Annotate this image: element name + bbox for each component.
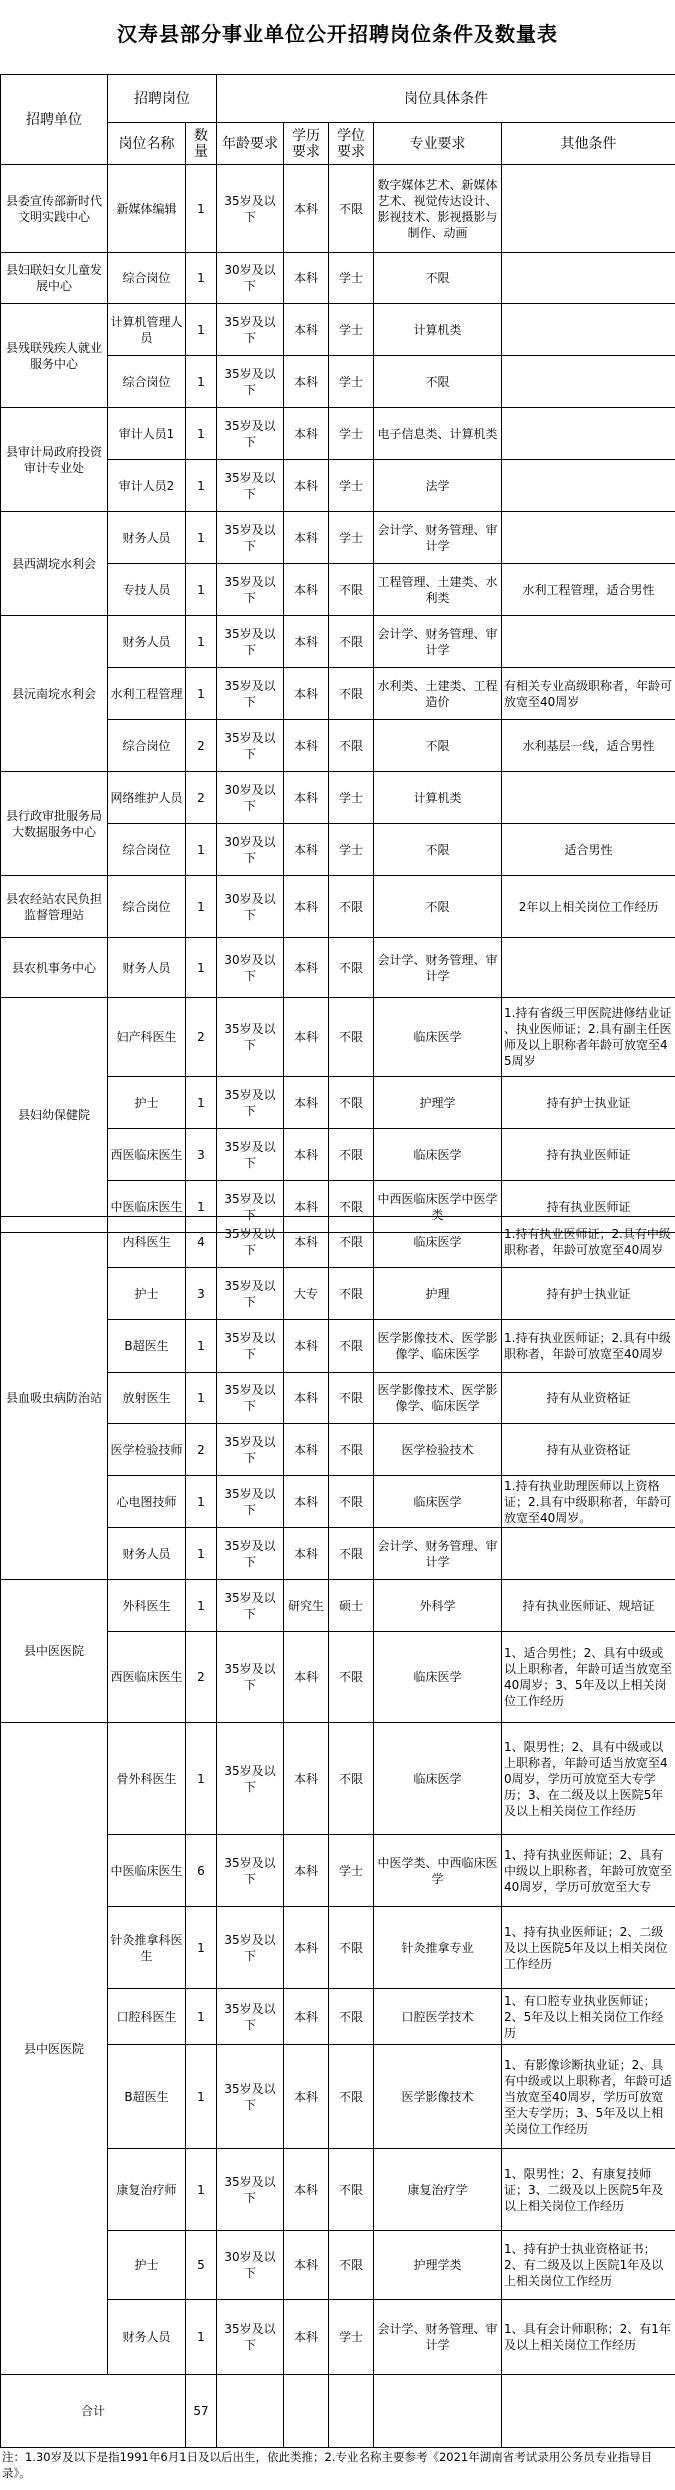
- age-cell: 35岁及以下: [217, 720, 284, 772]
- degree-cell: 不限: [329, 1129, 374, 1181]
- post-name-cell: 水利工程管理: [108, 668, 186, 720]
- empty-cell: [217, 2375, 284, 2448]
- major-cell: 临床医学: [374, 1129, 502, 1181]
- education-cell: 研究生: [284, 1580, 329, 1632]
- other-conditions-cell: 1、有影像诊断执业证；2、具有中级或以上职称者，年龄可适当放宽至40周岁，学历可…: [502, 2045, 675, 2149]
- degree-cell: 不限: [329, 1723, 374, 1835]
- education-cell: 本科: [284, 668, 329, 720]
- age-cell: 35岁及以下: [217, 460, 284, 512]
- other-conditions-cell: [502, 304, 675, 356]
- degree-cell: 不限: [329, 165, 374, 253]
- degree-cell: 不限: [329, 1989, 374, 2045]
- post-name-cell: 综合岗位: [108, 824, 186, 876]
- post-name-cell: 西医临床医生: [108, 1632, 186, 1723]
- education-cell: 本科: [284, 1077, 329, 1129]
- other-conditions-cell: [502, 460, 675, 512]
- total-row: 合计57: [1, 2375, 675, 2448]
- unit-name-cell: 县西湖垸水利会: [1, 512, 108, 616]
- age-cell: 35岁及以下: [217, 356, 284, 408]
- count-cell: 1: [186, 408, 217, 460]
- header-unit: 招聘单位: [1, 75, 108, 165]
- education-cell: 本科: [284, 1476, 329, 1528]
- age-cell: 35岁及以下: [217, 1835, 284, 1907]
- empty-cell: [502, 2375, 675, 2448]
- other-conditions-cell: [502, 938, 675, 998]
- degree-cell: 不限: [329, 1424, 374, 1476]
- degree-cell: 学士: [329, 512, 374, 564]
- post-name-cell: B超医生: [108, 2045, 186, 2149]
- education-cell: 本科: [284, 1217, 329, 1268]
- other-conditions-cell: [502, 165, 675, 253]
- major-cell: 康复治疗学: [374, 2149, 502, 2231]
- header-major: 专业要求: [374, 123, 502, 165]
- other-conditions-cell: [502, 408, 675, 460]
- header-other: 其他条件: [502, 123, 675, 165]
- education-cell: 大专: [284, 1268, 329, 1320]
- education-cell: 本科: [284, 1373, 329, 1424]
- post-name-cell: 财务人员: [108, 616, 186, 668]
- age-cell: 35岁及以下: [217, 1320, 284, 1373]
- major-cell: 不限: [374, 876, 502, 938]
- header-degree: 学位要求: [329, 123, 374, 165]
- count-cell: 1: [186, 1320, 217, 1373]
- post-name-cell: 综合岗位: [108, 356, 186, 408]
- post-name-cell: 针灸推拿科医生: [108, 1907, 186, 1989]
- degree-cell: 学士: [329, 356, 374, 408]
- degree-cell: 学士: [329, 460, 374, 512]
- age-cell: 35岁及以下: [217, 564, 284, 616]
- age-cell: 35岁及以下: [217, 1373, 284, 1424]
- education-cell: 本科: [284, 564, 329, 616]
- other-conditions-cell: 1、具有会计师职称；2、有1年及以上相关岗位工作经历: [502, 2300, 675, 2375]
- count-cell: 2: [186, 1632, 217, 1723]
- education-cell: 本科: [284, 2045, 329, 2149]
- major-cell: 外科学: [374, 1580, 502, 1632]
- empty-cell: [284, 2375, 329, 2448]
- major-cell: 会计学、财务管理、审计学: [374, 1528, 502, 1580]
- age-cell: 35岁及以下: [217, 668, 284, 720]
- degree-cell: 学士: [329, 2300, 374, 2375]
- degree-cell: 不限: [329, 564, 374, 616]
- education-cell: 本科: [284, 1424, 329, 1476]
- header-count: 数量: [186, 123, 217, 165]
- major-cell: 护理学: [374, 1077, 502, 1129]
- count-cell: 1: [186, 460, 217, 512]
- major-cell: 医学影像技术、医学影像学、临床医学: [374, 1373, 502, 1424]
- count-cell: 1: [186, 304, 217, 356]
- other-conditions-cell: [502, 616, 675, 668]
- age-cell: 35岁及以下: [217, 304, 284, 356]
- unit-name-cell: 县妇联妇女儿童发展中心: [1, 253, 108, 304]
- degree-cell: 学士: [329, 408, 374, 460]
- education-cell: 本科: [284, 824, 329, 876]
- education-cell: 本科: [284, 253, 329, 304]
- major-cell: 不限: [374, 356, 502, 408]
- age-cell: 35岁及以下: [217, 2149, 284, 2231]
- other-conditions-cell: 持有从业资格证: [502, 1373, 675, 1424]
- post-name-cell: 骨外科医生: [108, 1723, 186, 1835]
- post-name-cell: 心电图技师: [108, 1476, 186, 1528]
- other-conditions-cell: 水利基层一线，适合男性: [502, 720, 675, 772]
- major-cell: 针灸推拿专业: [374, 1907, 502, 1989]
- major-cell: 医学检验技术: [374, 1424, 502, 1476]
- education-cell: 本科: [284, 1989, 329, 2045]
- other-conditions-cell: 1.持有省级三甲医院进修结业证 、执业医师证；2.具有副主任医师及以上职称者年龄…: [502, 998, 675, 1077]
- post-name-cell: 中医临床医生: [108, 1835, 186, 1907]
- education-cell: 本科: [284, 304, 329, 356]
- age-cell: 35岁及以下: [217, 998, 284, 1077]
- degree-cell: 不限: [329, 720, 374, 772]
- other-conditions-cell: 1、适合男性；2、具有中级或以上职称者，年龄可适当放宽至40周岁；3、5年及以上…: [502, 1632, 675, 1723]
- count-cell: 1: [186, 1373, 217, 1424]
- post-name-cell: 财务人员: [108, 1528, 186, 1580]
- table-row: 县残联残疾人就业服务中心计算机管理人员135岁及以下本科学士计算机类: [1, 304, 675, 356]
- header-post-name: 岗位名称: [108, 123, 186, 165]
- other-conditions-cell: [502, 356, 675, 408]
- count-cell: 4: [186, 1217, 217, 1268]
- count-cell: 3: [186, 1268, 217, 1320]
- major-cell: 不限: [374, 253, 502, 304]
- unit-name-cell: 县残联残疾人就业服务中心: [1, 304, 108, 408]
- education-cell: 本科: [284, 720, 329, 772]
- count-cell: 1: [186, 2149, 217, 2231]
- age-cell: 30岁及以下: [217, 2231, 284, 2300]
- other-conditions-cell: 适合男性: [502, 824, 675, 876]
- count-cell: 3: [186, 1129, 217, 1181]
- header-education: 学历要求: [284, 123, 329, 165]
- degree-cell: 学士: [329, 253, 374, 304]
- age-cell: 30岁及以下: [217, 253, 284, 304]
- count-cell: 6: [186, 1835, 217, 1907]
- age-cell: 35岁及以下: [217, 616, 284, 668]
- table-row: 县血吸虫病防治站内科医生435岁及以下本科不限临床医学1.持有执业医师证；2.具…: [1, 1217, 675, 1268]
- education-cell: 本科: [284, 938, 329, 998]
- age-cell: 35岁及以下: [217, 1217, 284, 1268]
- education-cell: 本科: [284, 512, 329, 564]
- recruitment-table-part1: 招聘单位 招聘岗位 岗位具体条件 岗位名称 数量 年龄要求 学历要求 学位要求 …: [0, 74, 675, 1233]
- major-cell: 工程管理、土建类、水利类: [374, 564, 502, 616]
- education-cell: 本科: [284, 1528, 329, 1580]
- other-conditions-cell: 1、持有护士执业资格证书；2、有二级及以上医院1年及以上相关岗位工作经历: [502, 2231, 675, 2300]
- major-cell: 中医学类、中西临床医学: [374, 1835, 502, 1907]
- count-cell: 1: [186, 1476, 217, 1528]
- table-row: 县西湖垸水利会财务人员135岁及以下本科学士会计学、财务管理、审计学: [1, 512, 675, 564]
- age-cell: 35岁及以下: [217, 2045, 284, 2149]
- unit-name-cell: 县血吸虫病防治站: [1, 1217, 108, 1580]
- count-cell: 1: [186, 165, 217, 253]
- other-conditions-cell: [502, 253, 675, 304]
- count-cell: 1: [186, 876, 217, 938]
- post-name-cell: 外科医生: [108, 1580, 186, 1632]
- count-cell: 5: [186, 2231, 217, 2300]
- header-conditions-group: 岗位具体条件: [217, 75, 675, 123]
- table-row: 县妇联妇女儿童发展中心综合岗位130岁及以下本科学士不限: [1, 253, 675, 304]
- post-name-cell: 新媒体编辑: [108, 165, 186, 253]
- post-name-cell: 网络维护人员: [108, 772, 186, 824]
- count-cell: 1: [186, 1077, 217, 1129]
- major-cell: 护理: [374, 1268, 502, 1320]
- other-conditions-cell: [502, 1528, 675, 1580]
- post-name-cell: B超医生: [108, 1320, 186, 1373]
- table-row: 县行政审批服务局大数据服务中心网络维护人员230岁及以下本科学士计算机类: [1, 772, 675, 824]
- age-cell: 35岁及以下: [217, 1424, 284, 1476]
- post-name-cell: 医学检验技师: [108, 1424, 186, 1476]
- education-cell: 本科: [284, 1907, 329, 1989]
- other-conditions-cell: 持有执业医师证、规培证: [502, 1580, 675, 1632]
- count-cell: 2: [186, 772, 217, 824]
- count-cell: 1: [186, 1528, 217, 1580]
- other-conditions-cell: 1、持有执业医师证；2、具有中级以上职称者，年龄可放宽至40周岁，学历可放宽至大…: [502, 1835, 675, 1907]
- total-label: 合计: [1, 2375, 186, 2448]
- count-cell: 1: [186, 564, 217, 616]
- age-cell: 35岁及以下: [217, 1632, 284, 1723]
- unit-name-cell: 县行政审批服务局大数据服务中心: [1, 772, 108, 876]
- education-cell: 本科: [284, 772, 329, 824]
- major-cell: 法学: [374, 460, 502, 512]
- education-cell: 本科: [284, 876, 329, 938]
- other-conditions-cell: 持有护士执业证: [502, 1268, 675, 1320]
- major-cell: 医学影像技术、医学影像学、临床医学: [374, 1320, 502, 1373]
- education-cell: 本科: [284, 2149, 329, 2231]
- count-cell: 2: [186, 998, 217, 1077]
- other-conditions-cell: 有相关专业高级职称者，年龄可放宽至40周岁: [502, 668, 675, 720]
- post-name-cell: 综合岗位: [108, 720, 186, 772]
- degree-cell: 学士: [329, 824, 374, 876]
- post-name-cell: 内科医生: [108, 1217, 186, 1268]
- count-cell: 1: [186, 668, 217, 720]
- degree-cell: 不限: [329, 876, 374, 938]
- major-cell: 数字媒体艺术、新媒体艺术、视觉传达设计、影视技术、影视摄影与制作、动画: [374, 165, 502, 253]
- count-cell: 1: [186, 1580, 217, 1632]
- education-cell: 本科: [284, 998, 329, 1077]
- major-cell: 护理学类: [374, 2231, 502, 2300]
- count-cell: 1: [186, 938, 217, 998]
- post-name-cell: 放射医生: [108, 1373, 186, 1424]
- education-cell: 本科: [284, 1835, 329, 1907]
- degree-cell: 不限: [329, 1373, 374, 1424]
- header-age: 年龄要求: [217, 123, 284, 165]
- post-name-cell: 护士: [108, 2231, 186, 2300]
- count-cell: 2: [186, 720, 217, 772]
- other-conditions-cell: 1、限男性；2、具有中级或以上职称者，年龄可适当放宽至40周岁，学历可放宽至大专…: [502, 1723, 675, 1835]
- post-name-cell: 康复治疗师: [108, 2149, 186, 2231]
- recruitment-table-part2: 县血吸虫病防治站内科医生435岁及以下本科不限临床医学1.持有执业医师证；2.具…: [0, 1216, 675, 2448]
- major-cell: 会计学、财务管理、审计学: [374, 2300, 502, 2375]
- footnote: 注：1.30岁及以下是指1991年6月1日及以后出生，依此类推；2.专业名称主要…: [2, 2449, 672, 2481]
- page-title: 汉寿县部分事业单位公开招聘岗位条件及数量表: [0, 18, 675, 47]
- major-cell: 临床医学: [374, 1632, 502, 1723]
- unit-name-cell: 县审计局政府投资审计专业处: [1, 408, 108, 512]
- degree-cell: 不限: [329, 2045, 374, 2149]
- other-conditions-cell: 1.持有执业医师证；2.具有中级职称者，年龄可放宽至40周岁: [502, 1217, 675, 1268]
- other-conditions-cell: 1.持有执业助理医师以上资格证；2.具有中级职称者，年龄可放宽至40周岁。: [502, 1476, 675, 1528]
- degree-cell: 不限: [329, 1268, 374, 1320]
- degree-cell: 不限: [329, 2231, 374, 2300]
- post-name-cell: 口腔科医生: [108, 1989, 186, 2045]
- other-conditions-cell: [502, 772, 675, 824]
- post-name-cell: 护士: [108, 1268, 186, 1320]
- other-conditions-cell: 水利工程管理，适合男性: [502, 564, 675, 616]
- major-cell: 医学影像技术: [374, 2045, 502, 2149]
- age-cell: 30岁及以下: [217, 824, 284, 876]
- degree-cell: 不限: [329, 668, 374, 720]
- table-row: 县沅南垸水利会财务人员135岁及以下本科不限会计学、财务管理、审计学: [1, 616, 675, 668]
- degree-cell: 不限: [329, 1320, 374, 1373]
- age-cell: 35岁及以下: [217, 165, 284, 253]
- degree-cell: 不限: [329, 1907, 374, 1989]
- other-conditions-cell: 1、有口腔专业执业医师证；2、5年及以上相关岗位工作经历: [502, 1989, 675, 2045]
- degree-cell: 不限: [329, 998, 374, 1077]
- degree-cell: 不限: [329, 1476, 374, 1528]
- degree-cell: 不限: [329, 1217, 374, 1268]
- age-cell: 30岁及以下: [217, 772, 284, 824]
- major-cell: 会计学、财务管理、审计学: [374, 512, 502, 564]
- age-cell: 30岁及以下: [217, 938, 284, 998]
- degree-cell: 学士: [329, 772, 374, 824]
- major-cell: 不限: [374, 720, 502, 772]
- unit-name-cell: 县沅南垸水利会: [1, 616, 108, 772]
- post-name-cell: 财务人员: [108, 938, 186, 998]
- table-row: 县农经站农民负担监督管理站综合岗位130岁及以下本科不限不限2年以上相关岗位工作…: [1, 876, 675, 938]
- other-conditions-cell: 持有执业医师证: [502, 1129, 675, 1181]
- education-cell: 本科: [284, 1632, 329, 1723]
- other-conditions-cell: 1、持有执业医师证；2、二级及以上医院5年及以上相关岗位工作经历: [502, 1907, 675, 1989]
- table-row: 县中医医院骨外科医生135岁及以下本科不限临床医学1、限男性；2、具有中级或以上…: [1, 1723, 675, 1835]
- other-conditions-cell: 1、限男性；2、有康复技师证；3、二级及以上医院5年及以上相关岗位工作经历: [502, 2149, 675, 2231]
- degree-cell: 不限: [329, 938, 374, 998]
- major-cell: 会计学、财务管理、审计学: [374, 938, 502, 998]
- unit-name-cell: 县农经站农民负担监督管理站: [1, 876, 108, 938]
- major-cell: 临床医学: [374, 1723, 502, 1835]
- count-cell: 1: [186, 824, 217, 876]
- degree-cell: 不限: [329, 616, 374, 668]
- total-count: 57: [186, 2375, 217, 2448]
- empty-cell: [374, 2375, 502, 2448]
- education-cell: 本科: [284, 356, 329, 408]
- unit-name-cell: 县农机事务中心: [1, 938, 108, 998]
- count-cell: 1: [186, 2300, 217, 2375]
- education-cell: 本科: [284, 408, 329, 460]
- major-cell: 口腔医学技术: [374, 1989, 502, 2045]
- age-cell: 35岁及以下: [217, 1476, 284, 1528]
- post-name-cell: 护士: [108, 1077, 186, 1129]
- header-post-group: 招聘岗位: [108, 75, 217, 123]
- post-name-cell: 综合岗位: [108, 253, 186, 304]
- degree-cell: 不限: [329, 1077, 374, 1129]
- age-cell: 35岁及以下: [217, 1077, 284, 1129]
- other-conditions-cell: 1.持有执业医师证；2.具有中级职称者，年龄可放宽至40周岁: [502, 1320, 675, 1373]
- unit-name-cell: 县中医医院: [1, 1580, 108, 1723]
- unit-name-cell: 县妇幼保健院: [1, 998, 108, 1233]
- degree-cell: 学士: [329, 304, 374, 356]
- education-cell: 本科: [284, 2300, 329, 2375]
- age-cell: 35岁及以下: [217, 408, 284, 460]
- count-cell: 1: [186, 253, 217, 304]
- age-cell: 35岁及以下: [217, 1907, 284, 1989]
- other-conditions-cell: 持有从业资格证: [502, 1424, 675, 1476]
- count-cell: 1: [186, 2045, 217, 2149]
- major-cell: 临床医学: [374, 1217, 502, 1268]
- major-cell: 临床医学: [374, 1476, 502, 1528]
- education-cell: 本科: [284, 1320, 329, 1373]
- major-cell: 计算机类: [374, 772, 502, 824]
- degree-cell: 硕士: [329, 1580, 374, 1632]
- unit-name-cell: 县委宣传部新时代文明实践中心: [1, 165, 108, 253]
- post-name-cell: 综合岗位: [108, 876, 186, 938]
- education-cell: 本科: [284, 460, 329, 512]
- table-row: 县委宣传部新时代文明实践中心新媒体编辑135岁及以下本科不限数字媒体艺术、新媒体…: [1, 165, 675, 253]
- age-cell: 35岁及以下: [217, 1723, 284, 1835]
- degree-cell: 学士: [329, 1835, 374, 1907]
- other-conditions-cell: 持有护士执业证: [502, 1077, 675, 1129]
- age-cell: 30岁及以下: [217, 876, 284, 938]
- unit-name-cell: 县中医医院: [1, 1723, 108, 2375]
- other-conditions-cell: [502, 512, 675, 564]
- degree-cell: 不限: [329, 1632, 374, 1723]
- age-cell: 35岁及以下: [217, 1989, 284, 2045]
- post-name-cell: 专技人员: [108, 564, 186, 616]
- post-name-cell: 审计人员1: [108, 408, 186, 460]
- major-cell: 水利类、土建类、工程造价: [374, 668, 502, 720]
- post-name-cell: 妇产科医生: [108, 998, 186, 1077]
- count-cell: 1: [186, 1907, 217, 1989]
- post-name-cell: 西医临床医生: [108, 1129, 186, 1181]
- age-cell: 35岁及以下: [217, 2300, 284, 2375]
- degree-cell: 不限: [329, 1528, 374, 1580]
- count-cell: 1: [186, 356, 217, 408]
- post-name-cell: 审计人员2: [108, 460, 186, 512]
- major-cell: 会计学、财务管理、审计学: [374, 616, 502, 668]
- education-cell: 本科: [284, 165, 329, 253]
- education-cell: 本科: [284, 1723, 329, 1835]
- age-cell: 35岁及以下: [217, 512, 284, 564]
- major-cell: 电子信息类、计算机类: [374, 408, 502, 460]
- count-cell: 1: [186, 616, 217, 668]
- count-cell: 1: [186, 1989, 217, 2045]
- table-row: 县农机事务中心财务人员130岁及以下本科不限会计学、财务管理、审计学: [1, 938, 675, 998]
- major-cell: 不限: [374, 824, 502, 876]
- count-cell: 1: [186, 512, 217, 564]
- major-cell: 计算机类: [374, 304, 502, 356]
- post-name-cell: 计算机管理人员: [108, 304, 186, 356]
- post-name-cell: 财务人员: [108, 2300, 186, 2375]
- major-cell: 临床医学: [374, 998, 502, 1077]
- education-cell: 本科: [284, 616, 329, 668]
- other-conditions-cell: 2年以上相关岗位工作经历: [502, 876, 675, 938]
- age-cell: 35岁及以下: [217, 1129, 284, 1181]
- age-cell: 35岁及以下: [217, 1528, 284, 1580]
- age-cell: 35岁及以下: [217, 1580, 284, 1632]
- count-cell: 1: [186, 1723, 217, 1835]
- empty-cell: [329, 2375, 374, 2448]
- post-name-cell: 财务人员: [108, 512, 186, 564]
- count-cell: 2: [186, 1424, 217, 1476]
- degree-cell: 不限: [329, 2149, 374, 2231]
- education-cell: 本科: [284, 2231, 329, 2300]
- table-row: 县妇幼保健院妇产科医生235岁及以下本科不限临床医学1.持有省级三甲医院进修结业…: [1, 998, 675, 1077]
- table-row: 县审计局政府投资审计专业处审计人员1135岁及以下本科学士电子信息类、计算机类: [1, 408, 675, 460]
- age-cell: 35岁及以下: [217, 1268, 284, 1320]
- education-cell: 本科: [284, 1129, 329, 1181]
- table-row: 县中医医院外科医生135岁及以下研究生硕士外科学持有执业医师证、规培证: [1, 1580, 675, 1632]
